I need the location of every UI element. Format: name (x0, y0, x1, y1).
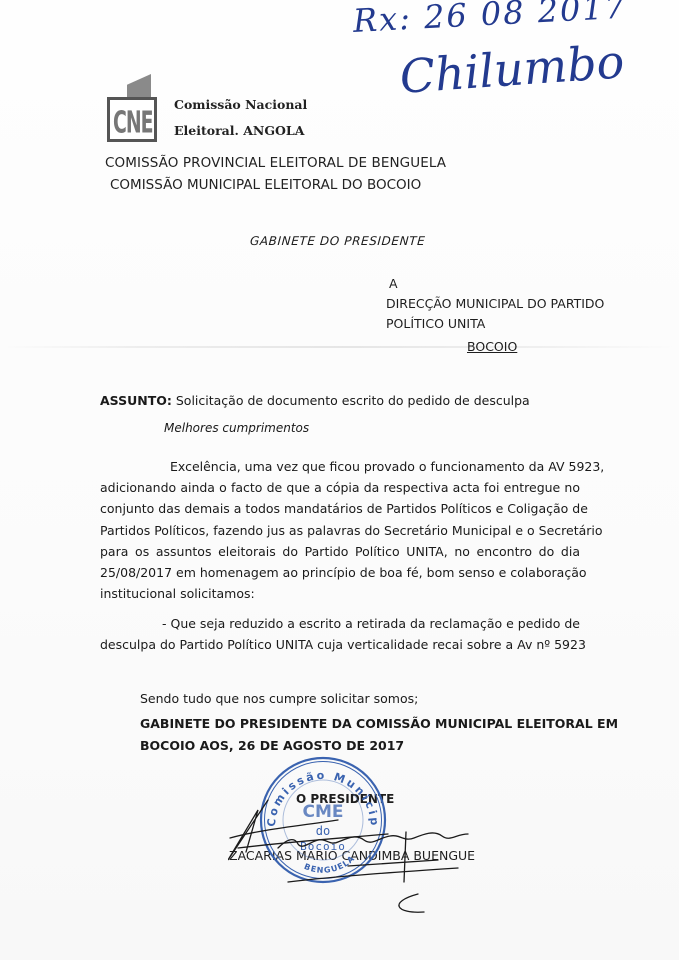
request-line: - Que seja reduzido a escrito a retirada… (100, 613, 580, 634)
signature-scribble-icon (228, 790, 528, 920)
cne-logo: CNE (107, 74, 163, 148)
closing-sentence: Sendo tudo que nos cumpre solicitar somo… (140, 691, 418, 706)
logo-box: CNE (107, 97, 157, 142)
body-line: Excelência, uma vez que ficou provado o … (100, 456, 580, 477)
body-line: adicionando ainda o facto de que a cópia… (100, 477, 580, 498)
municipal-commission: COMISSÃO MUNICIPAL ELEITORAL DO BOCOIO (110, 177, 421, 193)
addressee-prefix: A (389, 276, 398, 291)
request-paragraph: - Que seja reduzido a escrito a retirada… (100, 613, 580, 655)
body-line: conjunto das demais a todos mandatários … (100, 498, 580, 519)
paper-fold-line (0, 346, 679, 348)
subject-line: ASSUNTO: Solicitação de documento escrit… (100, 393, 530, 408)
body-line: 25/08/2017 em homenagem ao princípio de … (100, 562, 580, 583)
received-by-annotation: Chilumbo (398, 34, 626, 104)
logo-text: CNE (113, 105, 153, 140)
body-paragraph: Excelência, uma vez que ficou provado o … (100, 456, 580, 604)
ballot-flag-icon (127, 74, 151, 98)
org-name-line2: Eleitoral. ANGOLA (174, 123, 304, 138)
addressee-line2: POLÍTICO UNITA (386, 316, 485, 331)
body-line: institucional solicitamos: (100, 583, 580, 604)
document-page: Rx: 26 08 2017 Chilumbo CNE Comissão Nac… (0, 0, 679, 960)
org-name-line1: Comissão Nacional (174, 97, 307, 112)
subject-label: ASSUNTO: (100, 393, 172, 408)
request-line: desculpa do Partido Político UNITA cuja … (100, 634, 580, 655)
handwritten-signature (228, 790, 528, 920)
subject-text: Solicitação de documento escrito do pedi… (176, 393, 530, 408)
office-heading: GABINETE DO PRESIDENTE (250, 234, 426, 248)
signoff-block: GABINETE DO PRESIDENTE DA COMISSÃO MUNIC… (140, 713, 574, 757)
signoff-line: BOCOIO AOS, 26 DE AGOSTO DE 2017 (140, 735, 574, 757)
signoff-line: GABINETE DO PRESIDENTE DA COMISSÃO MUNIC… (140, 713, 574, 735)
body-line: para os assuntos eleitorais do Partido P… (100, 541, 580, 562)
provincial-commission: COMISSÃO PROVINCIAL ELEITORAL DE BENGUEL… (105, 155, 446, 171)
addressee-line1: DIRECÇÃO MUNICIPAL DO PARTIDO (386, 296, 604, 311)
greeting: Melhores cumprimentos (164, 421, 309, 435)
received-date-annotation: Rx: 26 08 2017 (352, 0, 628, 40)
body-line: Partidos Políticos, fazendo jus as palav… (100, 520, 580, 541)
